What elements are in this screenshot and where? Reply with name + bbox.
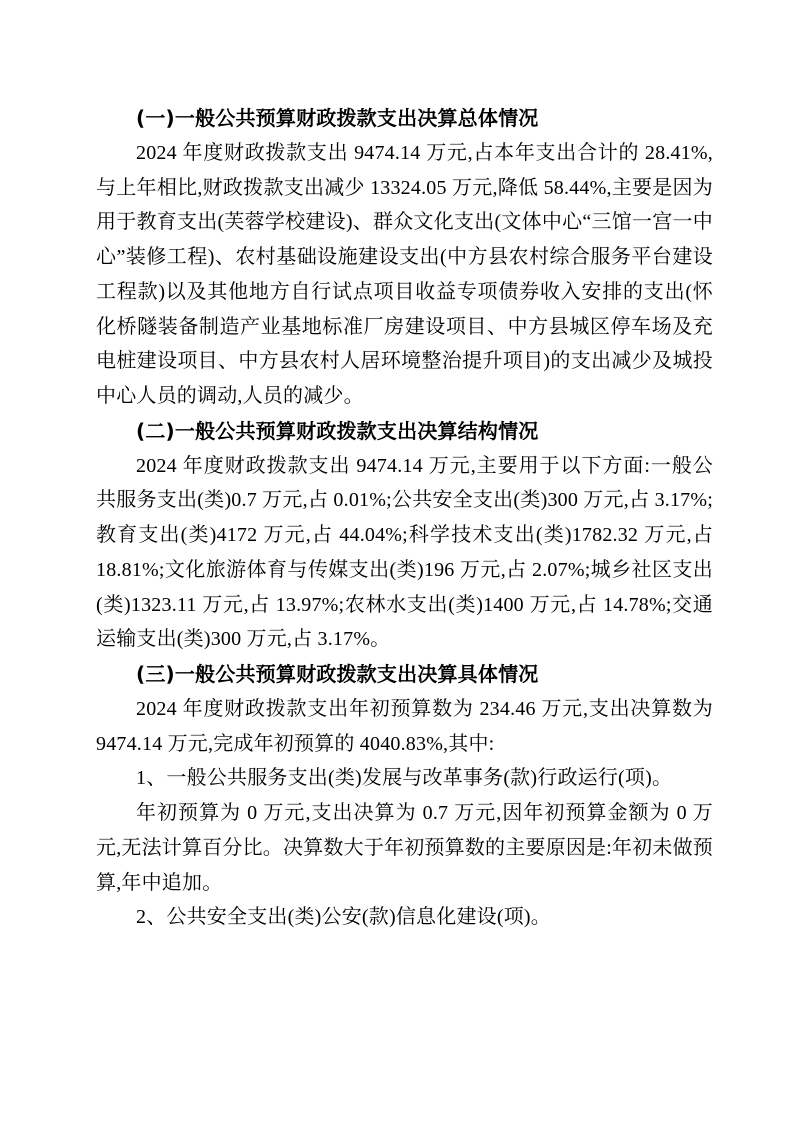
paragraph-overall-expenditure: 2024 年度财政拨款支出 9474.14 万元,占本年支出合计的 28.41%…	[96, 136, 713, 414]
paragraph-expenditure-structure: 2024 年度财政拨款支出 9474.14 万元,主要用于以下方面:一般公共服务…	[96, 449, 713, 658]
heading-section-3-specific-situation: (三)一般公共预算财政拨款支出决算具体情况	[96, 657, 713, 692]
heading-section-1-overall-situation: (一)一般公共预算财政拨款支出决算总体情况	[96, 101, 713, 136]
paragraph-budget-vs-final: 2024 年度财政拨款支出年初预算数为 234.46 万元,支出决算数为 947…	[96, 692, 713, 762]
paragraph-item-2-public-security: 2、公共安全支出(类)公安(款)信息化建设(项)。	[96, 900, 713, 935]
paragraph-item-1-general-public-service: 1、一般公共服务支出(类)发展与改革事务(款)行政运行(项)。	[96, 761, 713, 796]
document-body: (一)一般公共预算财政拨款支出决算总体情况 2024 年度财政拨款支出 9474…	[96, 101, 713, 935]
document-page: (一)一般公共预算财政拨款支出决算总体情况 2024 年度财政拨款支出 9474…	[0, 0, 793, 1122]
heading-section-2-structure-situation: (二)一般公共预算财政拨款支出决算结构情况	[96, 414, 713, 449]
paragraph-item-1-explanation: 年初预算为 0 万元,支出决算为 0.7 万元,因年初预算金额为 0 万元,无法…	[96, 796, 713, 900]
